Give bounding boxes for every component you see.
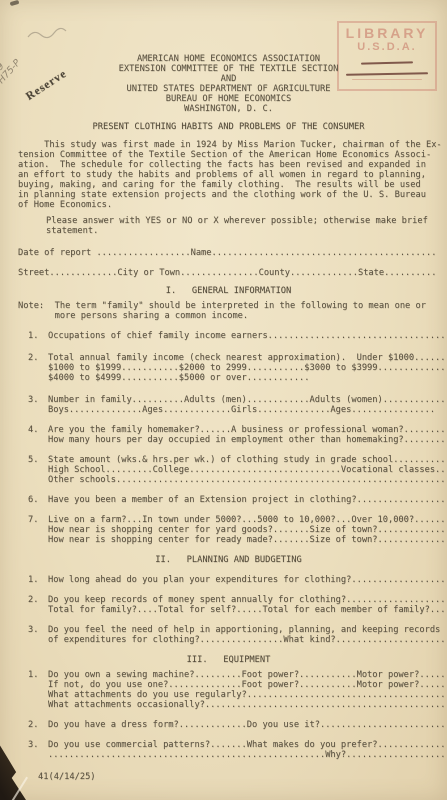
form-number-footer: 41(4/14/25)	[38, 772, 439, 782]
question-i-4: 4. Are you the family homemaker?......A …	[18, 425, 439, 445]
org-line: WASHINGTON, D. C.	[18, 104, 439, 114]
date-and-name-field-line: Date of report ..................Name...…	[18, 248, 439, 258]
answer-instruction: Please answer with YES or NO or X wherev…	[46, 216, 439, 236]
paragraph-line: in planning state extension projects and…	[18, 190, 439, 200]
question-i-7: 7. Live on a farm?...In town under 5000?…	[18, 515, 439, 545]
question-number: 4.	[28, 425, 48, 445]
question-line: State amount (wks.& hrs.per wk.) of clot…	[48, 455, 447, 465]
question-number: 3.	[28, 625, 48, 645]
question-i-2: 2. Total annual family income (check nea…	[18, 353, 439, 383]
question-iii-2: 2. Do you have a dress form?............…	[18, 720, 439, 730]
address-field-line: Street.............City or Town.........…	[18, 268, 439, 278]
question-line: Other schools...........................…	[48, 475, 447, 485]
question-line: Do you own a sewing machine?.........Foo…	[48, 670, 447, 680]
paragraph-line: an effort to study the habits and proble…	[18, 170, 439, 180]
question-i-6: 6. Have you been a member of an Extensio…	[18, 495, 439, 505]
question-line: Have you been a member of an Extension p…	[48, 495, 447, 505]
note-line: Note: The term "family" should be interp…	[18, 301, 439, 311]
org-line: AND	[18, 74, 439, 84]
question-line: Are you the family homemaker?......A bus…	[48, 425, 447, 435]
question-number: 7.	[28, 515, 48, 545]
question-line: Occupations of chief family income earne…	[48, 331, 447, 341]
section-note: Note: The term "family" should be interp…	[18, 301, 439, 321]
question-line: How near is shopping center for ready ma…	[48, 535, 447, 545]
org-line: AMERICAN HOME ECONOMICS ASSOCIATION	[18, 54, 439, 64]
question-line: Number in family..........Adults (men)..…	[48, 395, 446, 405]
org-line: UNITED STATES DEPARTMENT OF AGRICULTURE	[18, 84, 439, 94]
question-line: High School.........College.............…	[48, 465, 447, 475]
question-line: What attachments occasionally?..........…	[48, 700, 447, 710]
question-line: of expenditures for clothing?...........…	[48, 635, 447, 645]
question-number: 1.	[28, 575, 48, 585]
question-number: 1.	[28, 331, 48, 341]
question-line: Live on a farm?...In town under 5000?...…	[48, 515, 447, 525]
pencil-squiggle-mark	[26, 26, 68, 42]
question-i-5: 5. State amount (wks.& hrs.per wk.) of c…	[18, 455, 439, 485]
section-heading-general-information: I. GENERAL INFORMATION	[18, 286, 439, 296]
library-stamp-line1: LIBRARY	[346, 26, 429, 41]
paragraph-line: This study was first made in 1924 by Mis…	[18, 140, 439, 150]
document-title: PRESENT CLOTHING HABITS AND PROBLEMS OF …	[18, 122, 439, 132]
org-letterhead: AMERICAN HOME ECONOMICS ASSOCIATION EXTE…	[18, 54, 439, 114]
question-number: 2.	[28, 353, 48, 383]
question-line: Total annual family income (check neares…	[48, 353, 447, 363]
section-heading-equipment: III. EQUIPMENT	[18, 655, 439, 665]
question-number: 2.	[28, 720, 48, 730]
question-line: Boys..............Ages.............Girls…	[48, 405, 446, 415]
question-number: 5.	[28, 455, 48, 485]
intro-paragraph: This study was first made in 1924 by Mis…	[18, 140, 439, 210]
paragraph-line: of Home Economics.	[18, 200, 439, 210]
question-i-1: 1. Occupations of chief family income ea…	[18, 331, 439, 341]
question-line: How many hours per day occupied in emplo…	[48, 435, 447, 445]
question-line: Do you feel the need of help in apportio…	[48, 625, 447, 635]
document-content: AMERICAN HOME ECONOMICS ASSOCIATION EXTE…	[18, 54, 439, 782]
question-line: Do you have a dress form?.............Do…	[48, 720, 447, 730]
org-line: BUREAU OF HOME ECONOMICS	[18, 94, 439, 104]
library-stamp-line2: U.S.D.A.	[357, 41, 416, 53]
question-line: Do you keep records of money spent annua…	[48, 595, 447, 605]
org-line: EXTENSION COMMITTEE OF THE TEXTILE SECTI…	[18, 64, 439, 74]
question-ii-2: 2. Do you keep records of money spent an…	[18, 595, 439, 615]
question-line: ........................................…	[48, 750, 447, 760]
question-iii-3: 3. Do you use commercial patterns?......…	[18, 740, 439, 760]
instruction-line: Please answer with YES or NO or X wherev…	[46, 216, 439, 226]
ink-speck	[10, 0, 20, 6]
question-number: 3.	[28, 740, 48, 760]
question-line: $4000 to $4999...........$5000 or over..…	[48, 373, 447, 383]
question-number: 1.	[28, 670, 48, 710]
question-line: How long ahead do you plan your expendit…	[48, 575, 447, 585]
paragraph-line: ation. The schedule for collecting the f…	[18, 160, 439, 170]
scanned-document-page: LIBRARY U.S.D.A. 1.9 H75-P Reserve AMERI…	[0, 0, 447, 800]
question-line: Do you use commercial patterns?.......Wh…	[48, 740, 447, 750]
paragraph-line: buying, making, and caring for the famil…	[18, 180, 439, 190]
question-line: How near is shopping center for yard goo…	[48, 525, 447, 535]
paragraph-line: tension Committee of the Textile Section…	[18, 150, 439, 160]
question-iii-1: 1. Do you own a sewing machine?.........…	[18, 670, 439, 710]
instruction-line: statement.	[46, 226, 439, 236]
question-line: Total for family?....Total for self?....…	[48, 605, 447, 615]
question-line: What attachments do you use regularly?..…	[48, 690, 447, 700]
question-ii-1: 1. How long ahead do you plan your expen…	[18, 575, 439, 585]
question-line: If not, do you use one?..............Foo…	[48, 680, 447, 690]
section-heading-planning-and-budgeting: II. PLANNING AND BUDGETING	[18, 555, 439, 565]
question-ii-3: 3. Do you feel the need of help in appor…	[18, 625, 439, 645]
question-number: 6.	[28, 495, 48, 505]
question-number: 3.	[28, 395, 48, 415]
question-line: $1000 to $1999...........$2000 to 2999..…	[48, 363, 447, 373]
question-i-3: 3. Number in family..........Adults (men…	[18, 395, 439, 415]
note-line: more persons sharing a common income.	[18, 311, 439, 321]
question-number: 2.	[28, 595, 48, 615]
